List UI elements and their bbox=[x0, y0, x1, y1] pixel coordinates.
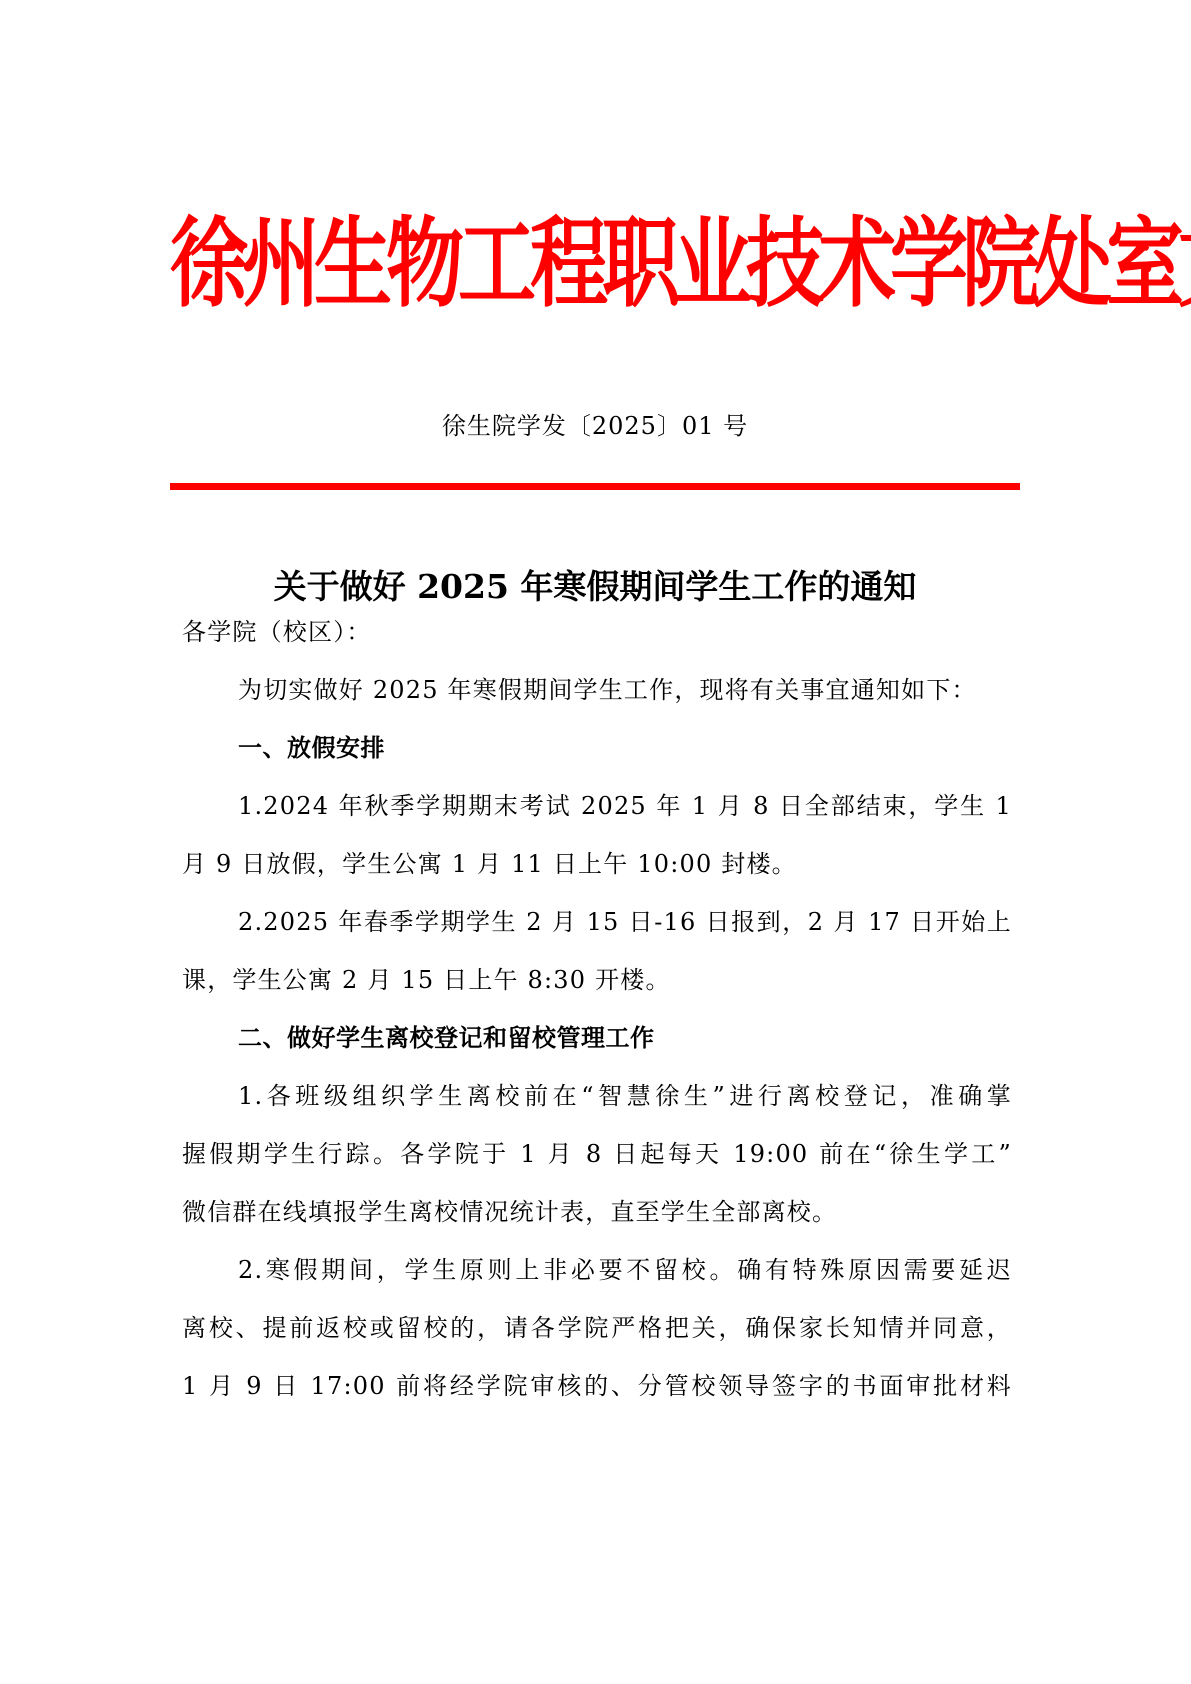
section-2-line-1: 1.各班级组织学生离校前在“智慧徐生”进行离校登记，准确掌 bbox=[238, 1076, 1012, 1116]
section-heading-1: 一、放假安排 bbox=[238, 728, 1068, 768]
section-2-line-5: 离校、提前返校或留校的，请各学院严格把关，确保家长知情并同意， bbox=[182, 1308, 1012, 1348]
document-page: 徐州生物工程职业技术学院处室文件 徐生院学发〔2025〕01 号 关于做好 20… bbox=[0, 0, 1191, 1684]
org-header-title: 徐州生物工程职业技术学院处室文件 bbox=[170, 190, 1020, 340]
section-2-line-6: 1 月 9 日 17:00 前将经学院审核的、分管校领导签字的书面审批材料 bbox=[182, 1366, 1012, 1406]
section-heading-2: 二、做好学生离校登记和留校管理工作 bbox=[238, 1018, 1068, 1058]
section-2-line-3: 微信群在线填报学生离校情况统计表，直至学生全部离校。 bbox=[182, 1192, 1012, 1232]
salutation: 各学院（校区）： bbox=[182, 612, 1012, 652]
intro-paragraph: 为切实做好 2025 年寒假期间学生工作，现将有关事宜通知如下： bbox=[238, 670, 1068, 710]
section-2-line-4: 2.寒假期间，学生原则上非必要不留校。确有特殊原因需要延迟 bbox=[238, 1250, 1012, 1290]
document-number: 徐生院学发〔2025〕01 号 bbox=[170, 408, 1020, 444]
section-1-line-1: 1.2024 年秋季学期期末考试 2025 年 1 月 8 日全部结束，学生 1 bbox=[238, 786, 1012, 826]
section-1-line-4: 课，学生公寓 2 月 15 日上午 8:30 开楼。 bbox=[182, 960, 1012, 1000]
section-1-line-2: 月 9 日放假，学生公寓 1 月 11 日上午 10:00 封楼。 bbox=[182, 844, 1012, 884]
section-1-line-3: 2.2025 年春季学期学生 2 月 15 日-16 日报到，2 月 17 日开… bbox=[238, 902, 1012, 942]
red-divider-rule bbox=[170, 483, 1020, 490]
notice-title: 关于做好 2025 年寒假期间学生工作的通知 bbox=[170, 562, 1020, 612]
section-2-line-2: 握假期学生行踪。各学院于 1 月 8 日起每天 19:00 前在“徐生学工” bbox=[182, 1134, 1012, 1174]
